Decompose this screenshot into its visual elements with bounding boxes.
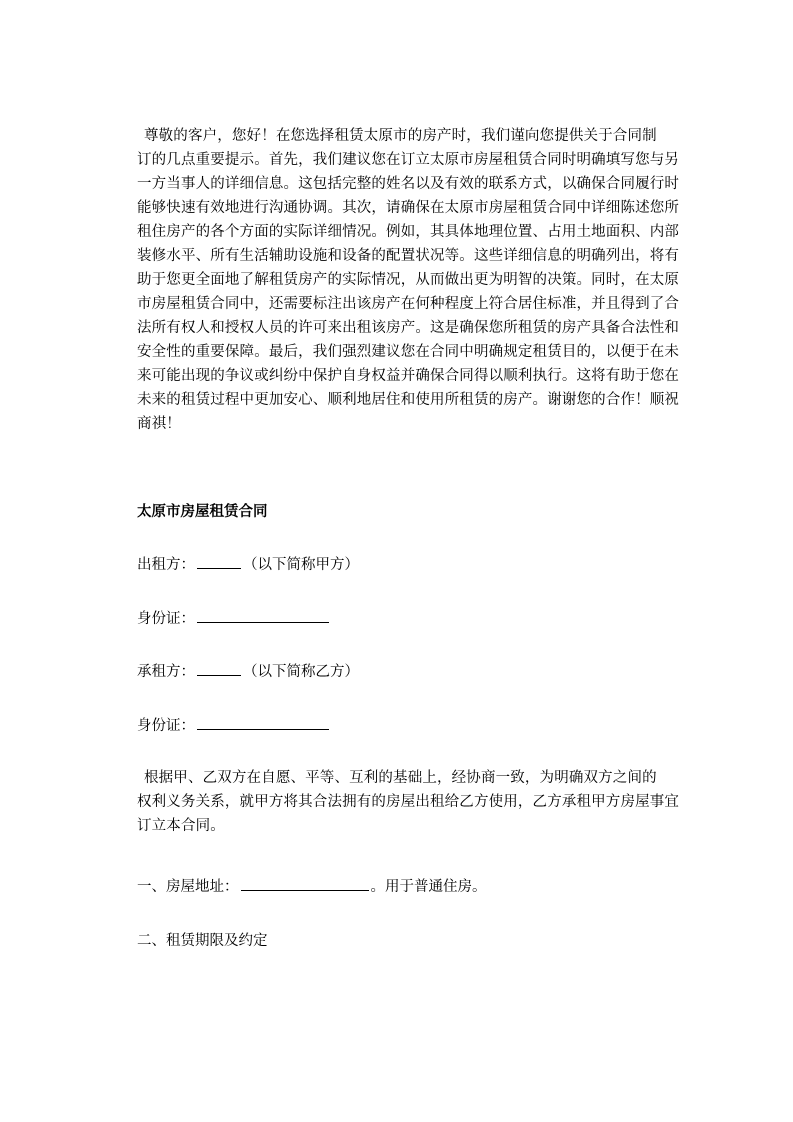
section-2-heading: 二、租赁期限及约定 [137, 929, 268, 953]
lessor-id-field: 身份证： [137, 607, 331, 631]
lessee-id-label: 身份证： [137, 718, 195, 734]
intro-line: 装修水平、所有生活辅助设施和设备的配置状况等。这些详细信息的明确列出，将有 [137, 244, 701, 268]
preamble-line: 订立本合同。 [137, 814, 701, 838]
lessor-suffix: （以下简称甲方） [243, 557, 359, 573]
intro-line: 市房屋租赁合同中，还需要标注出该房产在何种程度上符合居住标准，并且得到了合 [137, 292, 701, 316]
intro-line: 能够快速有效地进行沟通协调。其次，请确保在太原市房屋租赁合同中详细陈述您所 [137, 196, 701, 220]
intro-line: 商祺！ [137, 412, 701, 436]
intro-line: 安全性的重要保障。最后，我们强烈建议您在合同中明确规定租赁目的，以便于在未 [137, 340, 701, 364]
preamble-line: 根据甲、乙双方在自愿、平等、互利的基础上，经协商一致，为明确双方之间的 [137, 766, 701, 790]
contract-title: 太原市房屋租赁合同 [137, 500, 268, 524]
preamble-line: 权利义务关系，就甲方将其合法拥有的房屋出租给乙方使用，乙方承租甲方房屋事宜 [137, 790, 701, 814]
lessee-label: 承租方： [137, 664, 195, 680]
intro-line: 未来的租赁过程中更加安心、顺利地居住和使用所租赁的房产。谢谢您的合作！顺祝 [137, 388, 701, 412]
lessee-suffix: （以下简称乙方） [243, 664, 359, 680]
intro-letter: 尊敬的客户，您好！在您选择租赁太原市的房产时，我们谨向您提供关于合同制 订的几点… [137, 124, 701, 436]
lessor-blank[interactable] [197, 553, 241, 569]
intro-paragraph: 尊敬的客户，您好！在您选择租赁太原市的房产时，我们谨向您提供关于合同制 订的几点… [137, 124, 701, 436]
lessor-field: 出租方：（以下简称甲方） [137, 553, 359, 577]
contract-preamble: 根据甲、乙双方在自愿、平等、互利的基础上，经协商一致，为明确双方之间的 权利义务… [137, 766, 701, 838]
intro-line: 租住房产的各个方面的实际详细情况。例如，其具体地理位置、占用土地面积、内部 [137, 220, 701, 244]
intro-line: 尊敬的客户，您好！在您选择租赁太原市的房产时，我们谨向您提供关于合同制 [137, 124, 701, 148]
intro-line: 订的几点重要提示。首先，我们建议您在订立太原市房屋租赁合同时明确填写您与另 [137, 148, 701, 172]
lessee-id-field: 身份证： [137, 714, 331, 738]
section-1-address: 一、房屋地址：。用于普通住房。 [137, 875, 487, 899]
section-1-label: 一、房屋地址： [137, 879, 239, 895]
intro-line: 一方当事人的详细信息。这包括完整的姓名以及有效的联系方式，以确保合同履行时 [137, 172, 701, 196]
address-blank[interactable] [241, 875, 369, 891]
intro-line: 来可能出现的争议或纠纷中保护自身权益并确保合同得以顺利执行。这将有助于您在 [137, 364, 701, 388]
intro-line: 法所有权人和授权人员的许可来出租该房产。这是确保您所租赁的房产具备合法性和 [137, 316, 701, 340]
lessor-id-blank[interactable] [197, 607, 329, 623]
section-1-suffix: 。用于普通住房。 [371, 879, 487, 895]
lessee-field: 承租方：（以下简称乙方） [137, 660, 359, 684]
lessor-label: 出租方： [137, 557, 195, 573]
lessor-id-label: 身份证： [137, 611, 195, 627]
lessee-id-blank[interactable] [197, 714, 329, 730]
lessee-blank[interactable] [197, 660, 241, 676]
intro-line: 助于您更全面地了解租赁房产的实际情况，从而做出更为明智的决策。同时，在太原 [137, 268, 701, 292]
